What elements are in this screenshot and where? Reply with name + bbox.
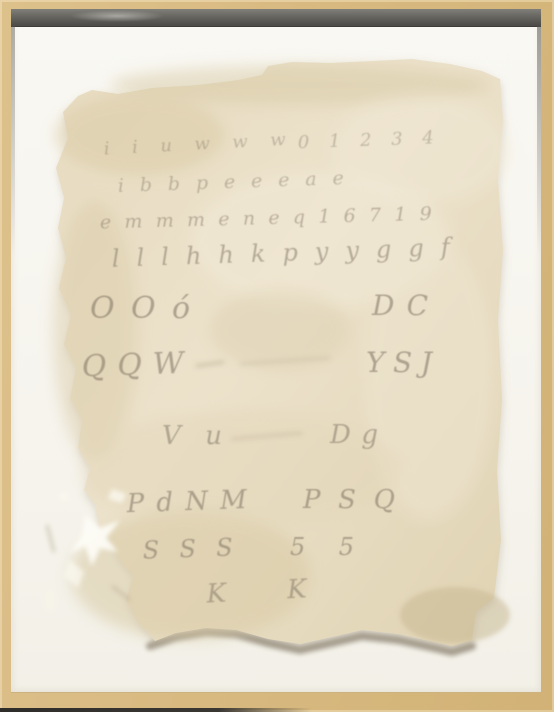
handwriting-row6-right: Y S J bbox=[366, 346, 434, 379]
handwriting-row5-right: D C bbox=[371, 289, 428, 322]
handwriting-row6-left: Q Q W bbox=[81, 346, 186, 385]
handwriting-row7-right: D g bbox=[329, 420, 378, 450]
handwriting-row8-right: P S Q bbox=[302, 485, 395, 515]
handwriting-row8-left: P d N M bbox=[125, 485, 248, 519]
photo-bottom-shadow bbox=[0, 708, 312, 712]
handwriting-row9-left: S S S bbox=[142, 534, 233, 565]
handwriting-row10: K K bbox=[205, 574, 309, 609]
handwriting-row5-left: O O ó bbox=[90, 291, 190, 326]
handwriting-row7-left: V u bbox=[162, 421, 222, 451]
framed-artwork-photo: i i u w w w 0 1 2 3 4 i b b p e e e a e … bbox=[0, 0, 554, 712]
handwriting-row9-right: 5 5 bbox=[290, 533, 354, 561]
manuscript-sheet: i i u w w w 0 1 2 3 4 i b b p e e e a e … bbox=[0, 0, 554, 712]
